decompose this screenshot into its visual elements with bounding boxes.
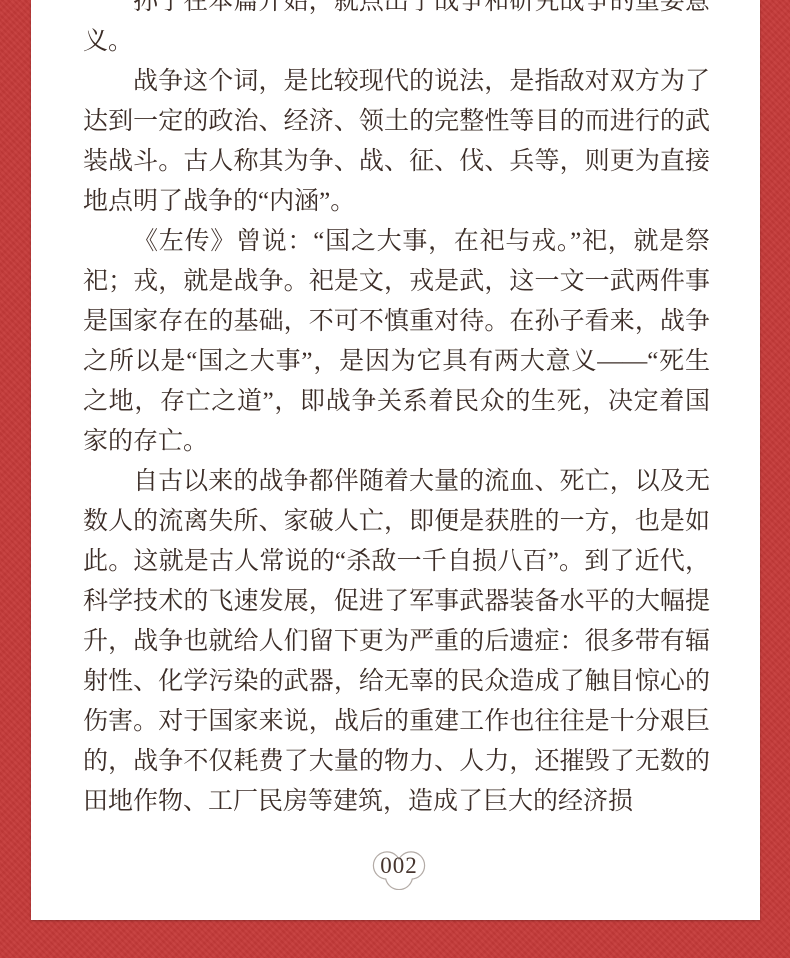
paragraph: 《左传》曾说：“国之大事，在祀与戎。”祀，就是祭祀；戎，就是战争。祀是文，戎是武… [83, 222, 710, 462]
page-number-ornament: 002 [368, 851, 430, 890]
page-number: 002 [380, 853, 418, 878]
paragraph: 孙子在本篇开始，就点出了战争和研究战争的重要意义。 [83, 0, 710, 62]
page-text-block: 孙子在本篇开始，就点出了战争和研究战争的重要意义。 战争这个词，是比较现代的说法… [83, 0, 710, 822]
book-page: 孙子在本篇开始，就点出了战争和研究战争的重要意义。 战争这个词，是比较现代的说法… [31, 0, 760, 920]
paragraph: 自古以来的战争都伴随着大量的流血、死亡，以及无数人的流离失所、家破人亡，即便是获… [83, 462, 710, 822]
paragraph: 战争这个词，是比较现代的说法，是指敌对双方为了达到一定的政治、经济、领土的完整性… [83, 62, 710, 222]
